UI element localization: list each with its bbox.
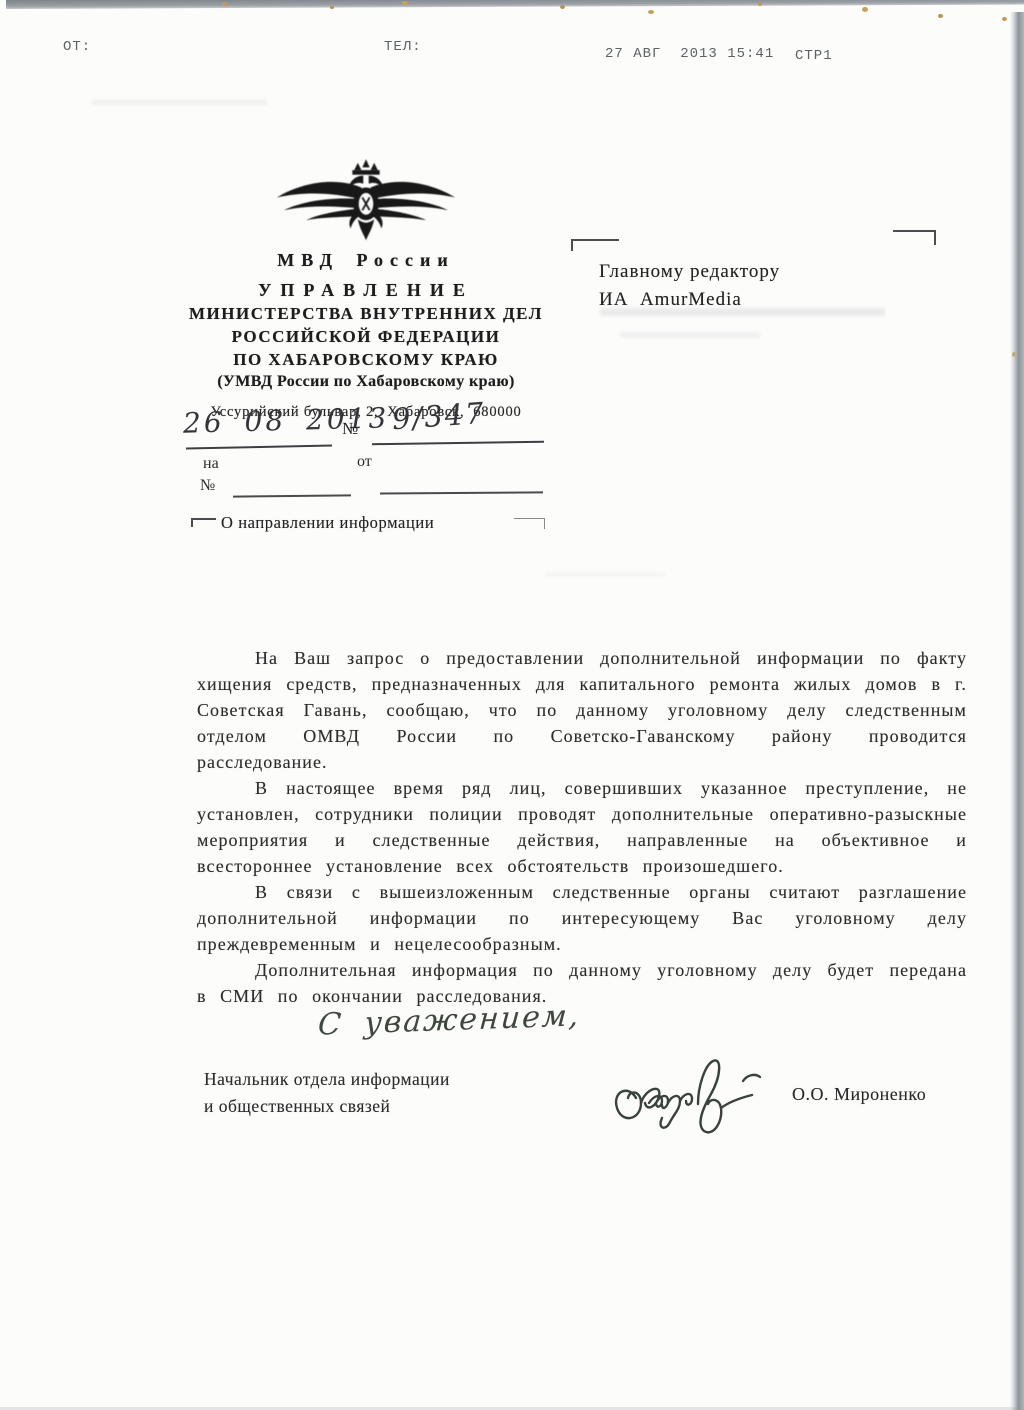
recipient-corner-mark-left bbox=[571, 239, 619, 251]
faint-smudge bbox=[620, 332, 760, 338]
ref-date-handwritten: 26 08 2013 bbox=[183, 401, 390, 439]
paper-speck bbox=[1002, 17, 1007, 21]
paper-speck bbox=[222, 2, 227, 6]
body-paragraph: На Ваш запрос о предоставлении дополните… bbox=[197, 645, 967, 775]
ref-number-underline bbox=[372, 441, 544, 445]
org-dept-line5: (УМВД России по Хабаровскому краю) bbox=[172, 373, 560, 391]
subject-corner-mark-right bbox=[514, 518, 545, 529]
body-paragraph: В связи с вышеизложенным следственные ор… bbox=[197, 879, 967, 957]
scanned-fax-letter: ОТ: ТЕЛ: 27 АВГ 2013 15:41 СТР1 bbox=[0, 0, 1024, 1410]
letterhead: МВД России УПРАВЛЕНИЕ МИНИСТЕРСТВА ВНУТР… bbox=[172, 156, 560, 421]
ref-date-underline bbox=[186, 444, 332, 449]
signer-name: О.О. Мироненко bbox=[792, 1084, 926, 1105]
ref-number-handwritten: 9/347 bbox=[391, 396, 487, 436]
paper-speck bbox=[758, 2, 762, 6]
org-name-short: МВД России bbox=[172, 250, 560, 271]
ref-reply-number-label: № bbox=[200, 477, 215, 495]
subject-line: О направлении информации bbox=[221, 513, 434, 533]
recipient-corner-mark-right bbox=[893, 230, 936, 245]
fax-from-label: ОТ: bbox=[63, 39, 91, 55]
body-paragraph: Дополнительная информация по данному уго… bbox=[197, 957, 967, 1009]
scan-top-edge bbox=[6, 0, 1024, 9]
mvd-eagle-emblem bbox=[275, 156, 457, 248]
paper-speck bbox=[560, 5, 565, 9]
org-dept-line1: УПРАВЛЕНИЕ bbox=[172, 280, 560, 301]
signer-position-line1: Начальник отдела информации bbox=[204, 1069, 450, 1090]
recipient-title: Главному редактору bbox=[599, 261, 780, 283]
scan-right-edge bbox=[1010, 12, 1024, 1410]
ref-reply-to-label: на bbox=[203, 455, 219, 473]
paper-speck bbox=[938, 14, 943, 18]
paper-speck bbox=[862, 7, 868, 12]
body-paragraph: В настоящее время ряд лиц, совершивших у… bbox=[197, 775, 967, 879]
fax-timestamp: 27 АВГ 2013 15:41 bbox=[605, 46, 774, 62]
fax-tel-label: ТЕЛ: bbox=[384, 39, 422, 55]
paper-speck bbox=[1012, 352, 1016, 357]
org-dept-line4: ПО ХАБАРОВСКОМУ КРАЮ bbox=[172, 350, 560, 370]
letter-body: На Ваш запрос о предоставлении дополните… bbox=[197, 645, 967, 1009]
paper-speck bbox=[648, 10, 654, 14]
org-dept-line2: МИНИСТЕРСТВА ВНУТРЕННИХ ДЕЛ bbox=[172, 304, 560, 324]
faint-smudge bbox=[92, 100, 267, 105]
faint-smudge bbox=[545, 572, 665, 577]
recipient-org: ИА AmurMedia bbox=[599, 289, 742, 311]
subject-corner-mark-left bbox=[191, 518, 216, 527]
ref-reply-from-label: от bbox=[357, 453, 372, 471]
paper-speck bbox=[330, 6, 334, 9]
signer-position-line2: и общественных связей bbox=[204, 1096, 390, 1117]
ref-reply-underline-right bbox=[380, 491, 543, 494]
ref-number-sign: № bbox=[342, 419, 358, 439]
fax-page-number: СТР1 bbox=[795, 48, 833, 64]
ref-reply-underline-left bbox=[233, 494, 351, 497]
handwritten-signature bbox=[606, 1046, 786, 1146]
paper-speck bbox=[402, 1, 408, 5]
org-dept-line3: РОССИЙСКОЙ ФЕДЕРАЦИИ bbox=[172, 327, 560, 347]
